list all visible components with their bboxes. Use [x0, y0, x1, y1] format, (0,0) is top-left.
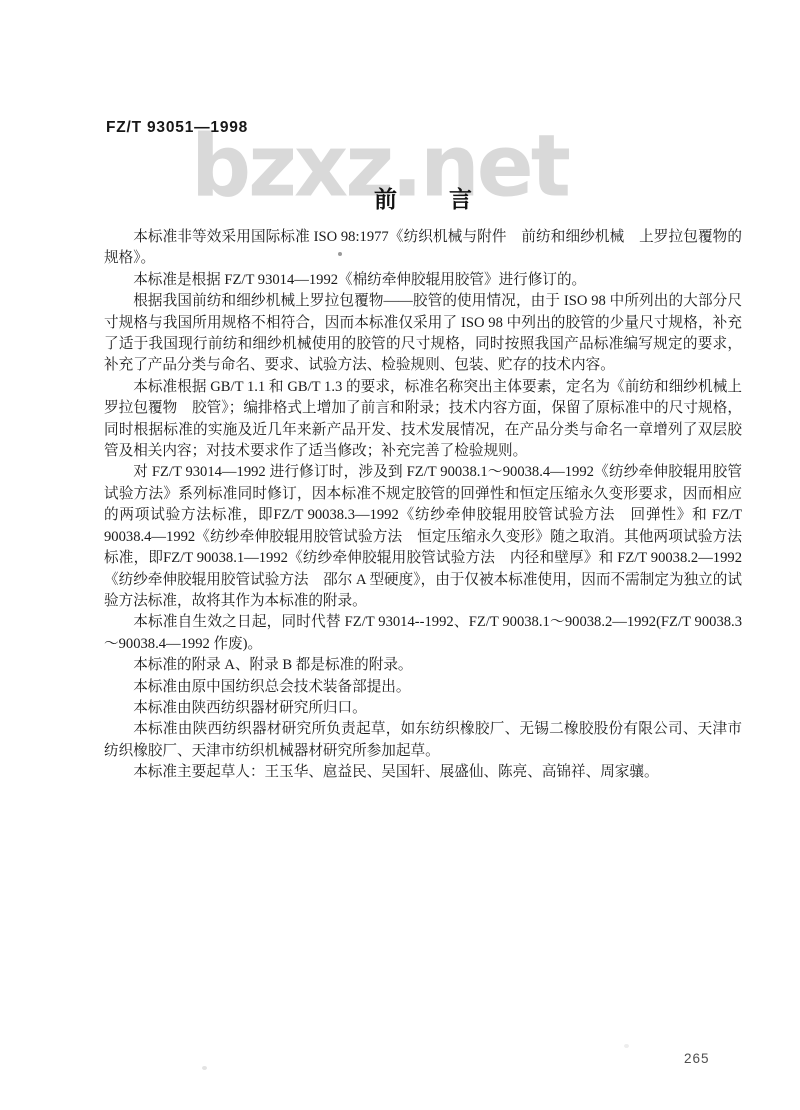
paragraph: 本标准根据 GB/T 1.1 和 GB/T 1.3 的要求，标准名称突出主体要素…: [104, 377, 742, 463]
paragraph: 本标准由原中国纺织总会技术装备部提出。: [104, 677, 742, 698]
paragraph: 本标准自生效之日起，同时代替 FZ/T 93014--1992、FZ/T 900…: [104, 612, 742, 655]
scan-artifact-dot: [202, 1066, 207, 1070]
page-title: 前 言: [104, 181, 744, 214]
paragraph: 本标准主要起草人：王玉华、扈益民、吴国轩、展盛仙、陈亮、高锦祥、周家骧。: [104, 762, 742, 783]
paragraph: 本标准非等效采用国际标准 ISO 98:1977《纺织机械与附件 前纺和细纱机械…: [104, 227, 742, 270]
paragraph: 对 FZ/T 93014—1992 进行修订时，涉及到 FZ/T 90038.1…: [104, 462, 742, 612]
scan-artifact-dot: [624, 1044, 629, 1048]
foreword-paragraphs: 本标准非等效采用国际标准 ISO 98:1977《纺织机械与附件 前纺和细纱机械…: [104, 227, 742, 784]
paragraph: 本标准是根据 FZ/T 93014—1992《棉纺牵伸胶辊用胶管》进行修订的。: [104, 270, 742, 291]
paragraph: 本标准的附录 A、附录 B 都是标准的附录。: [104, 655, 742, 676]
paragraph: 本标准由陕西纺织器材研究所负责起草，如东纺织橡胶厂、无锡二橡胶股份有限公司、天津…: [104, 719, 742, 762]
paragraph: 根据我国前纺和细纱机械上罗拉包覆物——胶管的使用情况，由于 ISO 98 中所列…: [104, 291, 742, 377]
page-number: 265: [684, 1051, 710, 1066]
document-page: FZ/T 93051—1998 bzxz.net 前 言 本标准非等效采用国际标…: [0, 0, 800, 1110]
standard-code: FZ/T 93051—1998: [106, 119, 248, 137]
paragraph: 本标准由陕西纺织器材研究所归口。: [104, 698, 742, 719]
scan-artifact-dot: [338, 252, 342, 256]
